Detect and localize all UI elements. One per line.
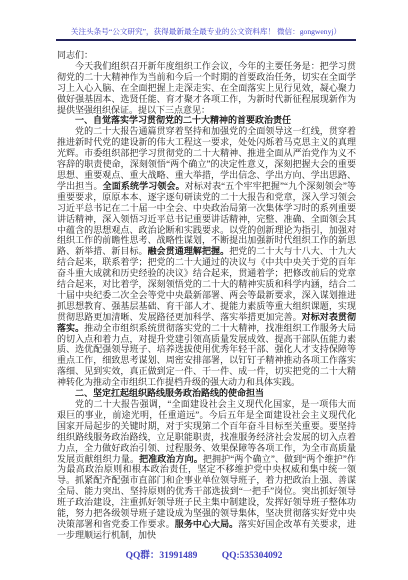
section2-heading: 二、坚定扛起组织路线服务政治路线的使命担当 (57, 388, 356, 399)
document-page: 关注头条号“公文研究”，获得最新最全最专业的公文资料库！ 微信：gongweny… (0, 0, 408, 580)
page-footer: QQ群：31991489 QQ:535304092 (0, 547, 408, 561)
section1-point1-title: 全面系统学习领会。 (103, 181, 185, 191)
page-header: 关注头条号“公文研究”，获得最新最全最专业的公文资料库！ 微信：gongweny… (56, 27, 356, 41)
section2-point1-text: 把拥护“两个确立”、做到“两个维护”作为最高政治原则和根本政治责任，坚定不移维护… (57, 454, 356, 529)
section1-paragraph: 党的二十大报告通篇贯穿着坚持和加强党的全面领导这一红线，贯穿着推进新时代党的建设… (57, 126, 356, 388)
intro-paragraph: 今天我们组织召开新年度组织工作会议，今年的主要任务是：把学习贯彻党的二十大精神作… (57, 61, 356, 116)
qq-group-number: QQ群：31991489 (126, 547, 198, 561)
section1-point1-text: 对标对表“五个牢牢把握”“九个深刻领会”等重要要求，原原本本、逐字逐句研读党的二… (57, 181, 356, 256)
section2-paragraph: 党的二十大报告强调，“全面建设社会主义现代化国家，是一项伟大而艰巨的事业，前途光… (57, 399, 356, 541)
qq-number: QQ:535304092 (222, 551, 283, 561)
salutation: 同志们： (57, 50, 356, 61)
section2-point1-title: 把准政治方向。 (139, 454, 203, 464)
document-body: 同志们： 今天我们组织召开新年度组织工作会议，今年的主要任务是：把学习贯彻党的二… (57, 50, 356, 541)
section1-heading: 一、自觉落实学习贯彻党的二十大精神的首要政治责任 (57, 115, 356, 126)
section1-point2-text: 把党的二十大与十八大、十九大结合起来，联系着学；把党的二十大通过的决议与《中共中… (57, 246, 356, 321)
header-notice: 关注头条号“公文研究”，获得最新最全最专业的公文资料库！ 微信：gongweny… (71, 27, 341, 36)
section2-point2-title: 服务中心大局。 (175, 519, 238, 529)
section1-point2-title: 融会贯通理解把握。 (148, 246, 230, 256)
section1-point3-text: 推动全市组织系统贯彻落实党的二十大精神，找准组织工作服务大局的切入点和着力点，对… (57, 323, 356, 388)
